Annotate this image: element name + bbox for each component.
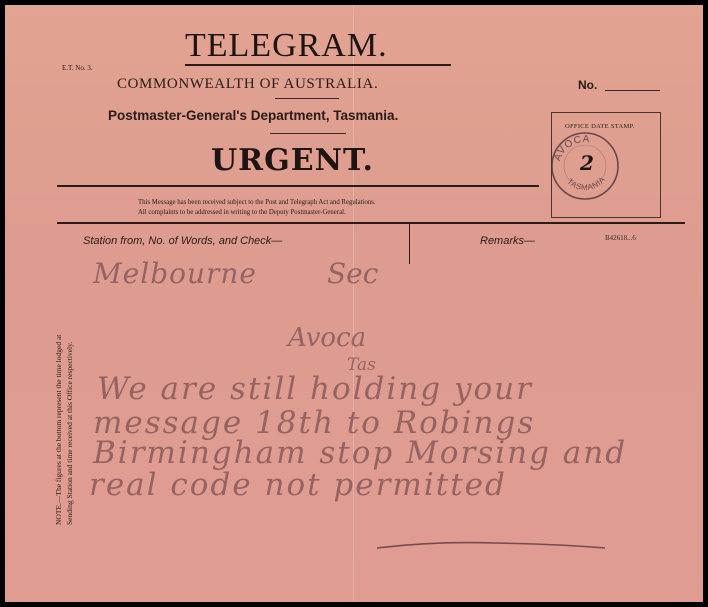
message-line: We are still holding your	[97, 371, 533, 407]
side-note-line-2: Sending Station and time received at thi…	[64, 335, 75, 525]
number-field-line	[605, 90, 660, 91]
telegram-form: E.T. No. 3. TELEGRAM. COMMONWEALTH OF AU…	[5, 5, 703, 602]
legal-notice-line-2: All complaints to be addressed in writin…	[138, 208, 376, 218]
title-underline	[185, 64, 451, 66]
legal-notice-line-1: This Message has been received subject t…	[138, 198, 376, 208]
issuer-heading: COMMONWEALTH OF AUSTRALIA.	[117, 76, 378, 93]
form-code: B42618...6	[605, 234, 636, 242]
remarks-label: Remarks—	[480, 235, 535, 247]
legal-notice: This Message has been received subject t…	[138, 198, 376, 218]
side-note-line-1: NOTE.—The figures at the bottom represen…	[53, 335, 64, 525]
paper-fold-crease	[353, 5, 355, 602]
postmark-stamp-icon: AVOCA TASMANIA 2	[547, 128, 623, 204]
handwritten-closing-stroke	[375, 540, 607, 550]
handwritten-check: Sec	[327, 257, 378, 290]
priority-heading: URGENT.	[211, 143, 374, 178]
number-label: No.	[578, 78, 597, 92]
handwritten-station-from: Melbourne	[93, 257, 257, 290]
telegram-title: TELEGRAM.	[185, 27, 388, 65]
form-number: E.T. No. 3.	[62, 64, 93, 72]
divider-rule	[275, 98, 339, 99]
divider-rule	[270, 133, 346, 134]
side-note: NOTE.—The figures at the bottom represen…	[53, 335, 75, 525]
section-rule	[57, 222, 685, 224]
header-rule	[57, 185, 539, 187]
handwritten-destination: Avoca	[288, 323, 366, 353]
department-heading: Postmaster-General's Department, Tasmani…	[108, 108, 398, 123]
remarks-divider	[409, 224, 410, 264]
station-from-label: Station from, No. of Words, and Check—	[83, 235, 282, 247]
message-line: Birmingham stop Morsing and	[93, 435, 627, 471]
svg-text:2: 2	[579, 151, 594, 175]
svg-text:TASMANIA: TASMANIA	[565, 175, 607, 192]
message-line: real code not permitted	[89, 467, 507, 503]
